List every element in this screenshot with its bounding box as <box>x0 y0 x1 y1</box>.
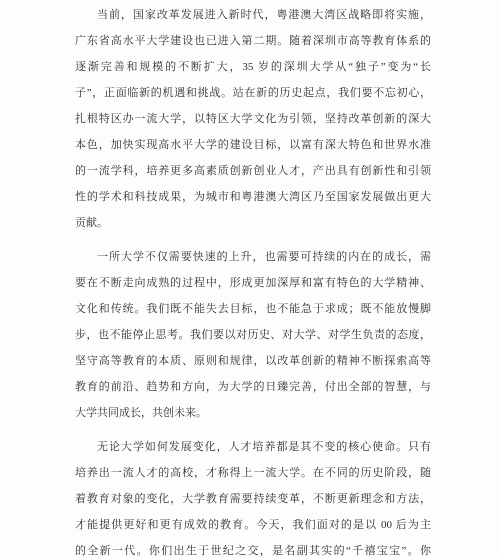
text-line: 的一流学科，培养更多高素质创新创业人才，产出具有创新性和引领 <box>75 158 431 184</box>
paragraph: 当前，国家改革发展进入新时代，粤港澳大湾区战略即将实施，广东省高水平大学建设也已… <box>75 2 431 236</box>
text-line: 本色，加快实现高水平大学的建设目标，以富有深大特色和世界水准 <box>75 132 431 158</box>
text-line: 广东省高水平大学建设也已进入第二期。随着深圳市高等教育体系的 <box>75 28 431 54</box>
document-page: 当前，国家改革发展进入新时代，粤港澳大湾区战略即将实施，广东省高水平大学建设也已… <box>0 0 500 558</box>
text-line: 贡献。 <box>75 210 431 236</box>
text-line: 的全新一代。你们出生于世纪之交，是名副其实的“千禧宝宝”。你 <box>75 538 431 558</box>
text-line: 大学共同成长，共创未来。 <box>75 400 431 426</box>
text-line: 一所大学不仅需要快速的上升，也需要可持续的内在的成长，需 <box>75 244 431 270</box>
text-line: 培养出一流人才的高校，才称得上一流大学。在不同的历史阶段，随 <box>75 460 431 486</box>
text-line: 扎根特区办一流大学，以特区大学文化为引领，坚持改革创新的深大 <box>75 106 431 132</box>
paragraph: 无论大学如何发展变化，人才培养都是其不变的核心使命。只有培养出一流人才的高校，才… <box>75 434 431 558</box>
text-line: 要在不断走向成熟的过程中，形成更加深厚和富有特色的大学精神、 <box>75 270 431 296</box>
text-line: 才能提供更好和更有成效的教育。今天，我们面对的是以 00 后为主 <box>75 512 431 538</box>
text-line: 无论大学如何发展变化，人才培养都是其不变的核心使命。只有 <box>75 434 431 460</box>
text-line: 逐渐完善和规模的不断扩大，35 岁的深圳大学从“独子”变为“长 <box>75 54 431 80</box>
document-body: 当前，国家改革发展进入新时代，粤港澳大湾区战略即将实施，广东省高水平大学建设也已… <box>75 0 431 558</box>
text-line: 坚守高等教育的本质、原则和规律，以改革创新的精神不断探索高等 <box>75 348 431 374</box>
text-line: 着教育对象的变化，大学教育需要持续变革，不断更新理念和方法， <box>75 486 431 512</box>
text-line: 子”，正面临新的机遇和挑战。站在新的历史起点，我们要不忘初心， <box>75 80 431 106</box>
paragraph: 一所大学不仅需要快速的上升，也需要可持续的内在的成长，需要在不断走向成熟的过程中… <box>75 244 431 426</box>
text-line: 性的学术和科技成果，为城市和粤港澳大湾区乃至国家发展做出更大 <box>75 184 431 210</box>
text-line: 步，也不能停止思考。我们要以对历史、对大学、对学生负责的态度， <box>75 322 431 348</box>
text-line: 当前，国家改革发展进入新时代，粤港澳大湾区战略即将实施， <box>75 2 431 28</box>
text-line: 教育的前沿、趋势和方向，为大学的日臻完善，付出全部的智慧，与 <box>75 374 431 400</box>
text-line: 文化和传统。我们既不能失去目标，也不能急于求成；既不能放慢脚 <box>75 296 431 322</box>
